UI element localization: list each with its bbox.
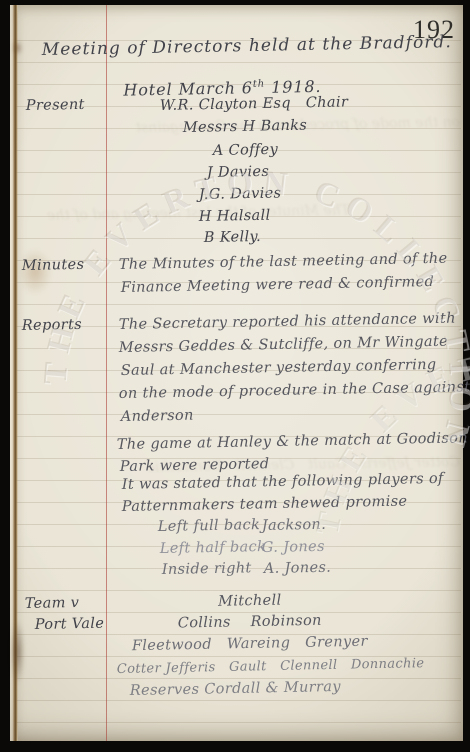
title-date-ordinal: th — [253, 78, 265, 89]
team-lineup-row: Reserves Cordall & Murray — [130, 680, 341, 700]
attendee-row: Messrs H Banks — [183, 119, 308, 137]
team-lineup-row: Cotter Jefferis Gault Clennell Donnachie — [117, 657, 425, 677]
match-report-line: It was stated that the following players… — [122, 472, 444, 494]
present-label: Present — [26, 98, 85, 115]
minutes-text-line: The Minutes of the last meeting and of t… — [119, 252, 448, 274]
page-paper: on the mode of procedure in the Case aga… — [10, 5, 463, 741]
player-name: G. Jones — [262, 540, 325, 557]
title-year: 1918. — [265, 76, 322, 96]
team-label-line-2: Port Vale — [35, 617, 105, 634]
attendee-row: J.G. Davies — [199, 186, 282, 204]
team-label-line-1: Team v — [25, 596, 80, 613]
match-report-line: Patternmakers team shewed promise — [122, 495, 408, 516]
team-lineup-row: Mitchell — [100, 591, 400, 613]
player-position: Left full back — [158, 518, 261, 536]
match-report-line: The game at Hanley & the match at Goodis… — [117, 431, 468, 454]
reports-text-line: The Secretary reported his attendance wi… — [119, 312, 456, 334]
reports-text-line: Messrs Geddes & Sutcliffe, on Mr Wingate — [119, 335, 448, 357]
attendee-row: J Davies — [207, 165, 270, 182]
minutes-label: Minutes — [22, 258, 85, 275]
team-lineup-row: Fleetwood Wareing Grenyer — [90, 634, 410, 656]
match-report-line: Park were reported — [120, 457, 270, 476]
reports-label: Reports — [22, 318, 82, 335]
attendee-row: B Kelly. — [204, 230, 262, 247]
reports-text-line: on the mode of procedure in the Case aga… — [119, 380, 470, 403]
minutes-text-line: Finance Meeting were read & confirmed — [121, 275, 435, 297]
player-name: A. Jones. — [264, 561, 332, 578]
player-name: Jackson. — [262, 518, 327, 535]
scanned-minute-book-page: on the mode of procedure in the Case aga… — [0, 0, 470, 752]
player-position: Left half back — [160, 540, 267, 558]
attendee-row: H Halsall — [199, 209, 271, 226]
team-lineup-row: Collins Robinson — [100, 612, 400, 634]
reports-text-line: Anderson — [121, 409, 194, 426]
player-position: Inside right — [162, 561, 252, 579]
book-binding-edge — [10, 5, 18, 741]
title-line-1: Meeting of Directors held at the Bradfor… — [42, 33, 452, 60]
reports-text-line: Saul at Manchester yesterday conferring — [121, 358, 437, 380]
attendee-row: A Coffey — [213, 143, 279, 160]
